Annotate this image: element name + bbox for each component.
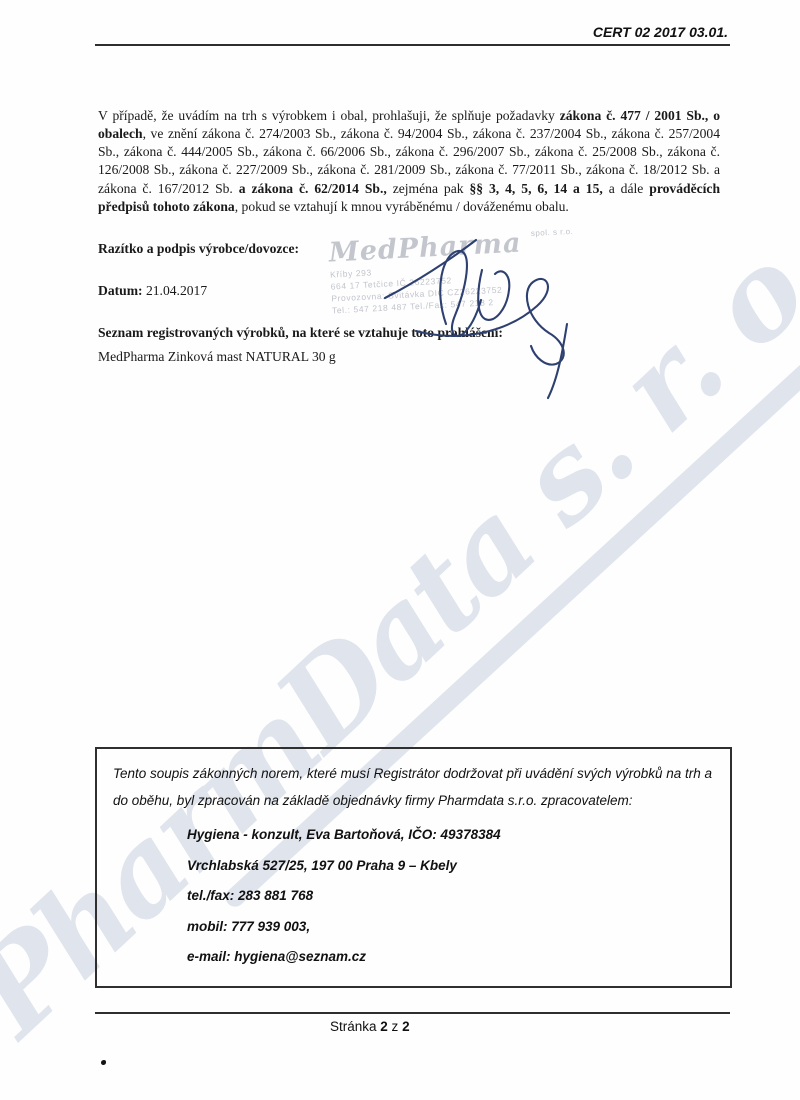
document-page: PharmData s. r. o. CERT 02 2017 03.01. V… [0,0,800,1100]
declaration-paragraph: V případě, že uvádím na trh s výrobkem i… [98,107,720,217]
declaration-run-bold: a zákona č. 62/2014 Sb., [239,181,387,196]
product-name: MedPharma Zinková mast NATURAL 30 g [98,349,336,365]
stamp-signature-label: Razítko a podpis výrobce/dovozce: [98,241,299,257]
processor-mobile: mobil: 777 939 003, [187,919,714,934]
declaration-run: a dále [603,181,649,196]
page-number-current: 2 [380,1019,388,1034]
date-value: 21.04.2017 [143,283,208,298]
ink-speck [101,1060,106,1065]
declaration-run: zejména pak [387,181,470,196]
page-number: Stránka 2 z 2 [330,1019,410,1034]
header-rule [95,44,730,46]
processor-address: Vrchlabská 527/25, 197 00 Praha 9 – Kbel… [187,858,714,873]
document-code: CERT 02 2017 03.01. [593,24,728,40]
processor-company: Hygiena - konzult, Eva Bartoňová, IČO: 4… [187,827,714,842]
declaration-run: V případě, že uvádím na trh s výrobkem i… [98,108,560,123]
processor-info-box: Tento soupis zákonných norem, které musí… [95,747,732,988]
declaration-run-bold: §§ 3, 4, 5, 6, 14 a 15, [469,181,602,196]
processor-telfax: tel./fax: 283 881 768 [187,888,714,903]
processor-email: e-mail: hygiena@seznam.cz [187,949,714,964]
page-number-of: z [388,1019,402,1034]
footer-rule [95,1012,730,1014]
declaration-run: , pokud se vztahují k mnou vyráběnému / … [235,199,569,214]
date-label: Datum: [98,283,143,298]
page-number-prefix: Stránka [330,1019,380,1034]
processor-intro: Tento soupis zákonných norem, které musí… [113,760,714,814]
page-number-total: 2 [402,1019,410,1034]
date-line: Datum: 21.04.2017 [98,283,207,299]
handwritten-signature [358,228,598,403]
